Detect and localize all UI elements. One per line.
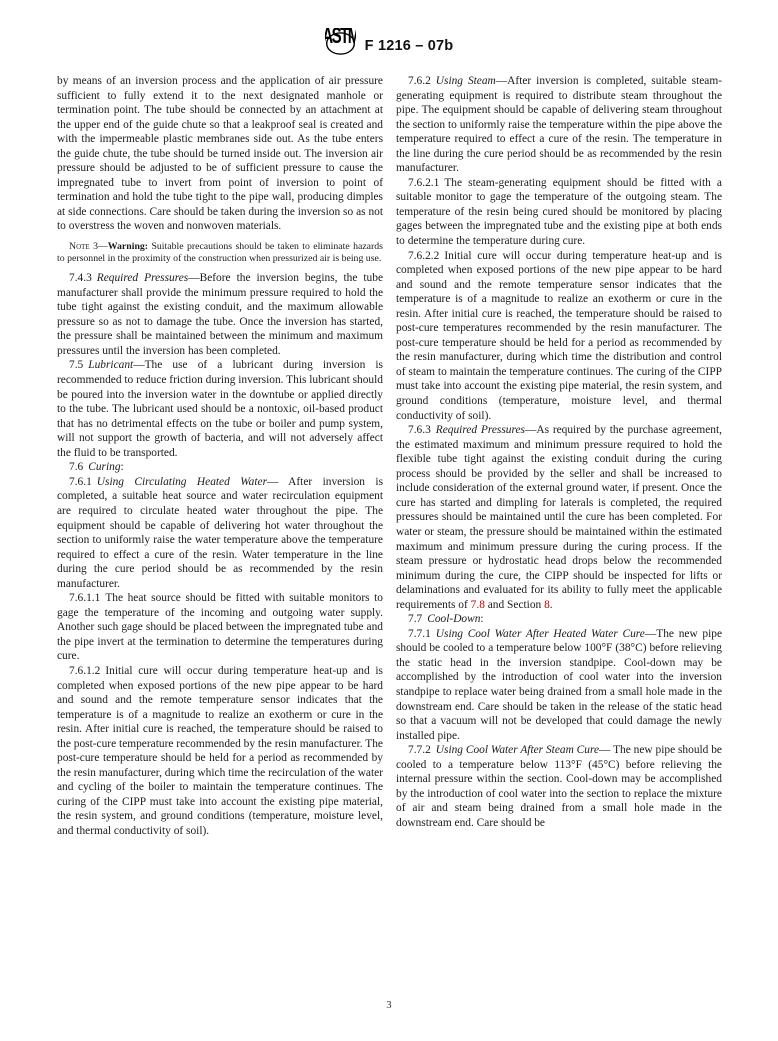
document-page: ASTM F 1216 – 07b by means of an inversi… bbox=[0, 0, 778, 1041]
clause-text: : bbox=[121, 461, 124, 473]
clause-number: 7.7 bbox=[408, 613, 422, 625]
clause-number: 7.6.2.1 bbox=[408, 177, 439, 189]
note-label: Note 3— bbox=[69, 241, 108, 252]
clause-text: : bbox=[480, 613, 483, 625]
clause-number: 7.6.1.2 bbox=[69, 665, 100, 677]
clause-7-6-3: 7.6.3Required Pressures—As required by t… bbox=[396, 423, 722, 612]
clause-7-6-2-1: 7.6.2.1The steam-generating equipment sh… bbox=[396, 176, 722, 249]
clause-7-4-3: 7.4.3Required Pressures—Before the inver… bbox=[57, 271, 383, 358]
clause-text: —Before the inversion begins, the tube m… bbox=[57, 272, 383, 357]
clause-title: Using Steam bbox=[436, 75, 496, 87]
clause-title: Using Cool Water After Steam Cure bbox=[436, 744, 599, 756]
crossref-link-7-8[interactable]: 7.8 bbox=[471, 599, 485, 611]
clause-number: 7.7.1 bbox=[408, 628, 431, 640]
clause-text: —The use of a lubricant during inversion… bbox=[57, 359, 383, 458]
clause-7-6-1-2: 7.6.1.2Initial cure will occur during te… bbox=[57, 664, 383, 839]
clause-number: 7.6 bbox=[69, 461, 83, 473]
clause-number: 7.4.3 bbox=[69, 272, 92, 284]
clause-title: Required Pressures bbox=[97, 272, 188, 284]
clause-text: — The new pipe should be cooled to a tem… bbox=[396, 744, 722, 829]
svg-text:ASTM: ASTM bbox=[325, 28, 356, 48]
clause-text: The heat source should be fitted with su… bbox=[57, 592, 383, 662]
clause-7-7-2: 7.7.2Using Cool Water After Steam Cure— … bbox=[396, 743, 722, 830]
clause-title: Using Circulating Heated Water bbox=[97, 476, 267, 488]
clause-title: Cool-Down bbox=[427, 613, 480, 625]
left-column: by means of an inversion process and the… bbox=[57, 74, 383, 839]
clause-number: 7.7.2 bbox=[408, 744, 431, 756]
right-column: 7.6.2Using Steam—After inversion is comp… bbox=[396, 74, 722, 839]
clause-number: 7.6.3 bbox=[408, 424, 431, 436]
two-column-body: by means of an inversion process and the… bbox=[0, 64, 778, 839]
clause-7-6-2-2: 7.6.2.2Initial cure will occur during te… bbox=[396, 249, 722, 424]
clause-number: 7.6.2.2 bbox=[408, 250, 439, 262]
clause-text: —The new pipe should be cooled to a temp… bbox=[396, 628, 722, 742]
clause-text: — After inversion is completed, a suitab… bbox=[57, 476, 383, 590]
paragraph-continuation: by means of an inversion process and the… bbox=[57, 74, 383, 234]
clause-number: 7.6.1.1 bbox=[69, 592, 100, 604]
clause-text: The steam-generating equipment should be… bbox=[396, 177, 722, 247]
paragraph-text: by means of an inversion process and the… bbox=[57, 75, 383, 232]
document-header: ASTM F 1216 – 07b bbox=[0, 0, 778, 64]
note-3: Note 3—Warning: Suitable precautions sho… bbox=[57, 241, 383, 265]
astm-logo-icon: ASTM bbox=[325, 28, 356, 64]
clause-7-6-2: 7.6.2Using Steam—After inversion is comp… bbox=[396, 74, 722, 176]
clause-number: 7.6.2 bbox=[408, 75, 431, 87]
page-number: 3 bbox=[0, 999, 778, 1011]
standard-designation: F 1216 – 07b bbox=[365, 38, 454, 54]
clause-text: —After inversion is completed, suitable … bbox=[396, 75, 722, 174]
clause-number: 7.5 bbox=[69, 359, 83, 371]
clause-title: Curing bbox=[88, 461, 120, 473]
clause-7-6-1: 7.6.1Using Circulating Heated Water— Aft… bbox=[57, 475, 383, 591]
clause-7-7-1: 7.7.1Using Cool Water After Heated Water… bbox=[396, 627, 722, 743]
clause-text: Initial cure will occur during temperatu… bbox=[57, 665, 383, 837]
clause-text: Initial cure will occur during temperatu… bbox=[396, 250, 722, 422]
clause-title: Required Pressures bbox=[436, 424, 525, 436]
clause-title: Using Cool Water After Heated Water Cure bbox=[436, 628, 645, 640]
clause-7-6-1-1: 7.6.1.1The heat source should be fitted … bbox=[57, 591, 383, 664]
clause-text: —As required by the purchase agreement, … bbox=[396, 424, 722, 611]
clause-7-6: 7.6Curing: bbox=[57, 460, 383, 475]
note-warning-label: Warning: bbox=[108, 241, 148, 252]
clause-7-5: 7.5Lubricant—The use of a lubricant duri… bbox=[57, 358, 383, 460]
clause-number: 7.6.1 bbox=[69, 476, 92, 488]
clause-7-7: 7.7Cool-Down: bbox=[396, 612, 722, 627]
clause-text: and Section bbox=[485, 599, 544, 611]
clause-title: Lubricant bbox=[88, 359, 133, 371]
clause-text: . bbox=[550, 599, 553, 611]
